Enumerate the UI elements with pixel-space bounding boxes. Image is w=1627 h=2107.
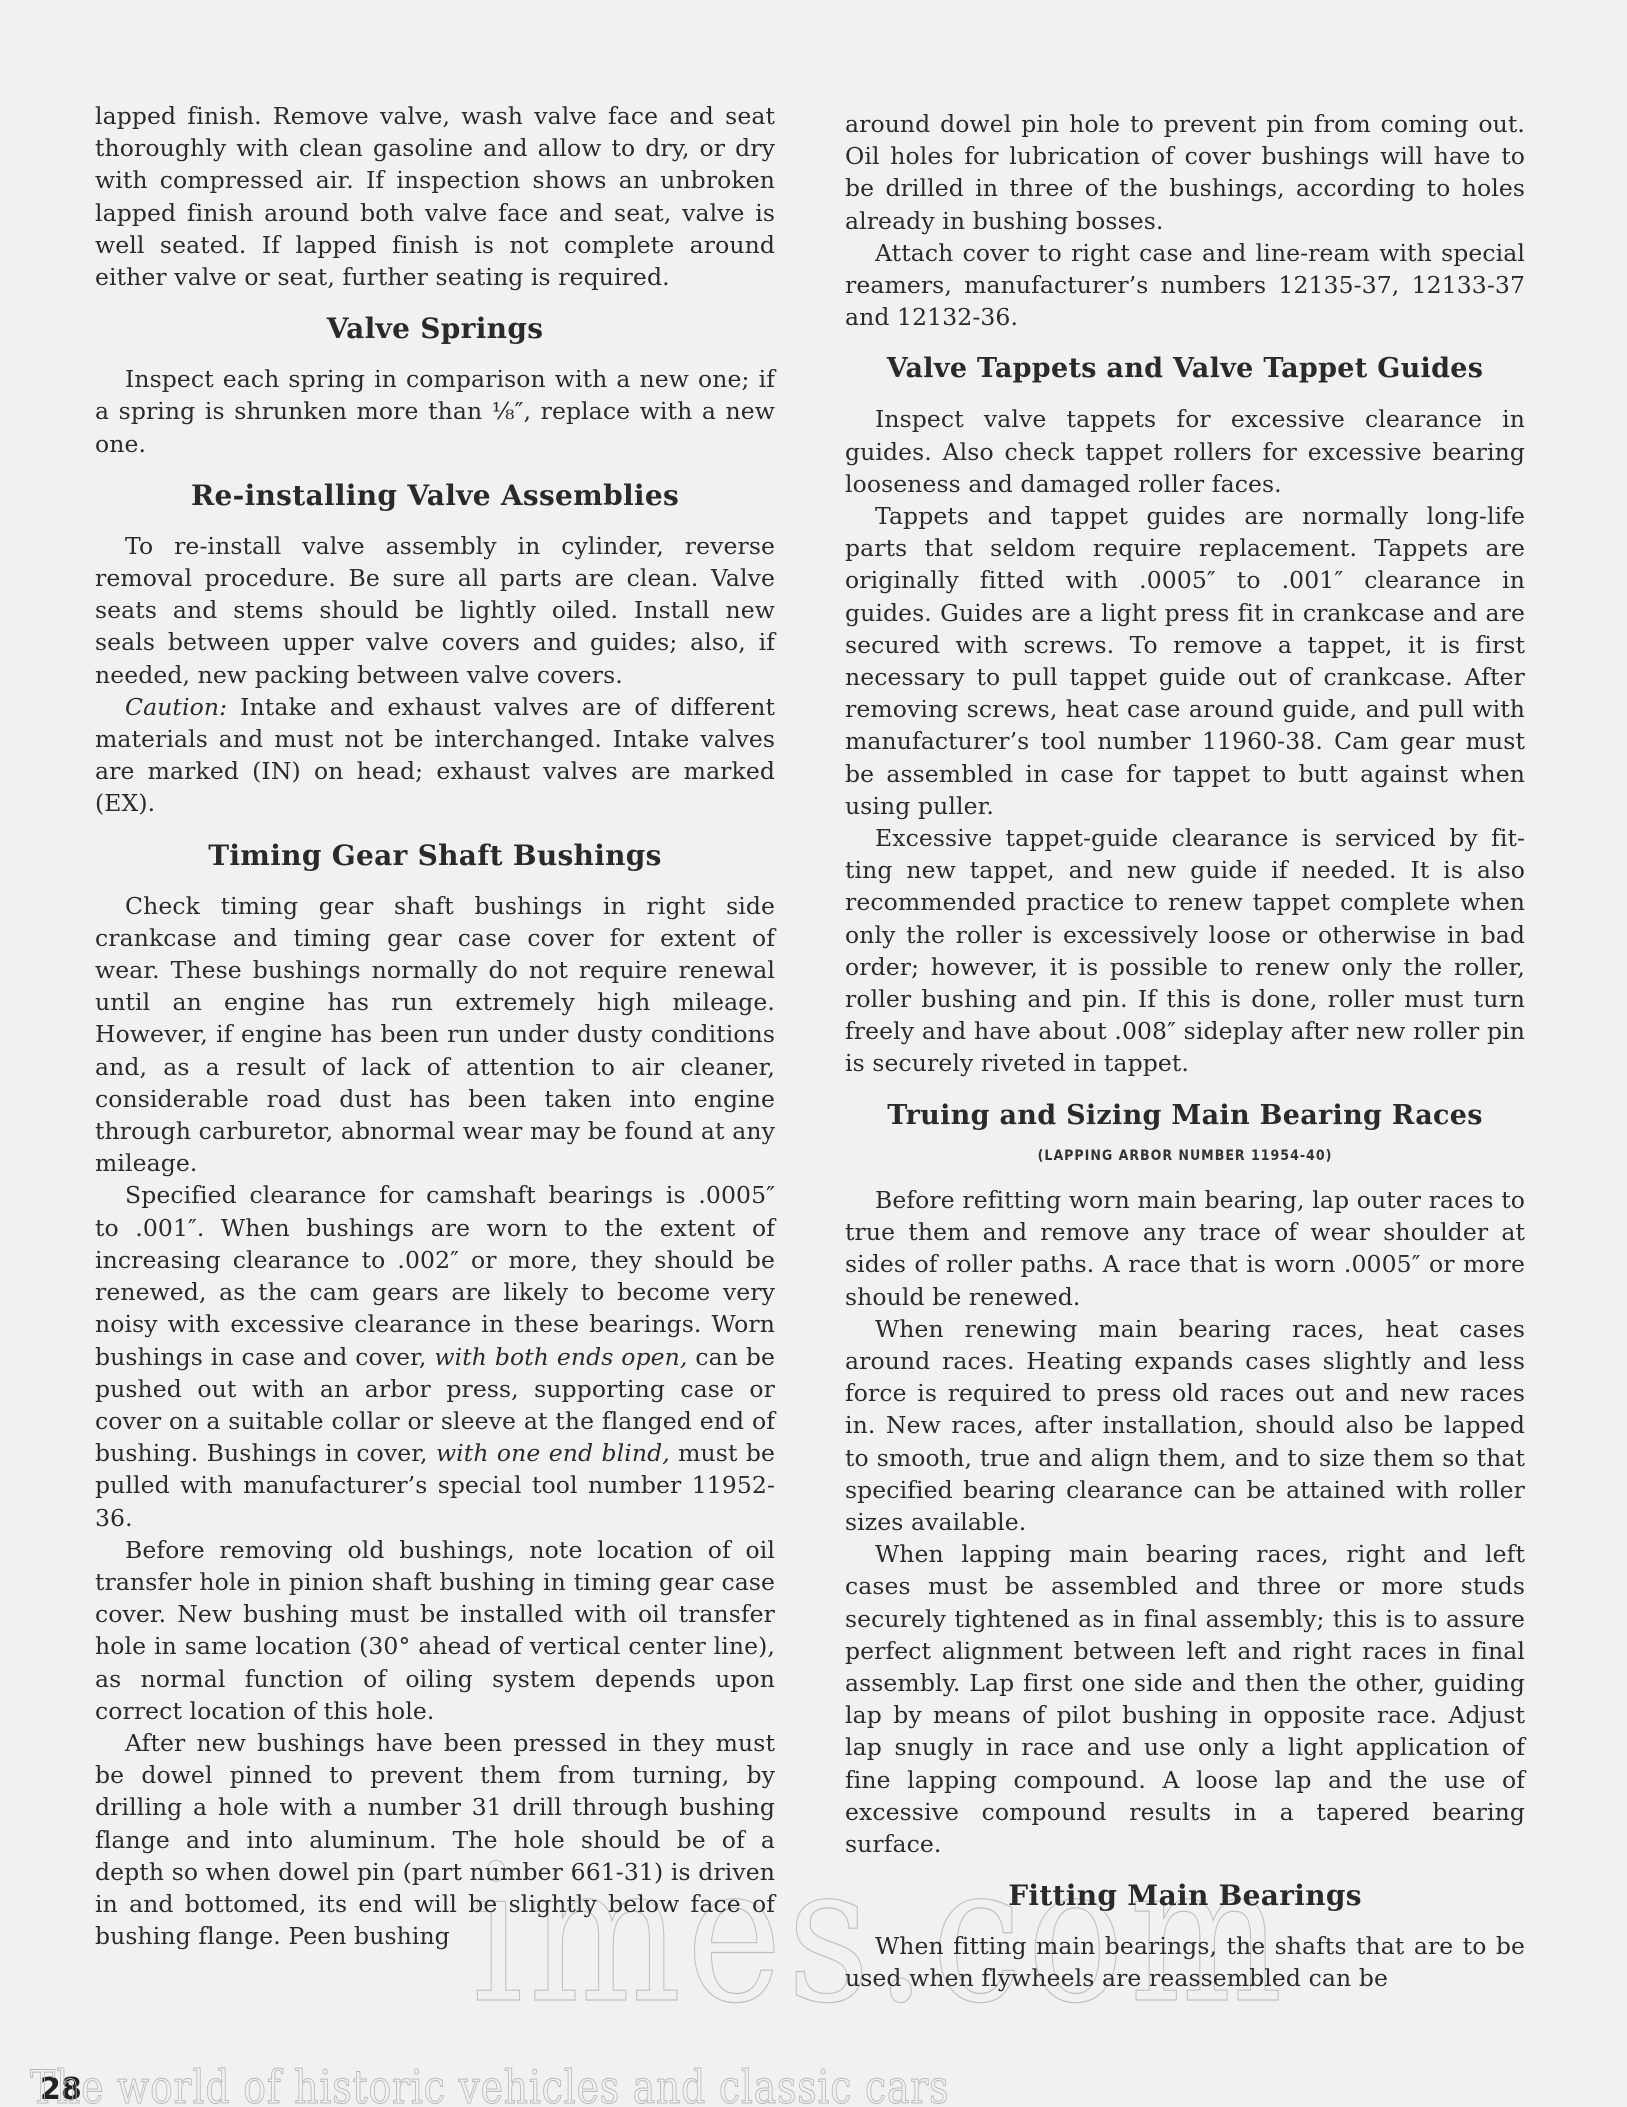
section-subheading: (LAPPING ARBOR NUMBER 11954-40)	[845, 1140, 1525, 1172]
paragraph: Inspect each spring in comparison with a…	[95, 363, 775, 460]
paragraph: Excessive tappet-guide clearance is serv…	[845, 822, 1525, 1080]
watermark-tagline: The world of historic vehicles and class…	[30, 2060, 949, 2107]
paragraph: When fitting main bearings, the shafts t…	[845, 1930, 1525, 1994]
paragraph: Before refitting worn main bearing, lap …	[845, 1184, 1525, 1313]
caution-label: Caution:	[125, 693, 227, 721]
section-heading-timing-gear-shaft-bushings: Timing Gear Shaft Bushings	[95, 838, 775, 874]
section-heading-truing-sizing-races: Truing and Sizing Main Bearing Races	[845, 1098, 1525, 1134]
right-column: around dowel pin hole to prevent pin fro…	[845, 108, 1525, 1995]
paragraph: Attach cover to right case and line-ream…	[845, 237, 1525, 334]
paragraph: After new bushings have been pressed in …	[95, 1727, 775, 1952]
emphasis-text: with one end blind,	[436, 1439, 670, 1467]
section-heading-valve-tappets: Valve Tappets and Valve Tappet Guides	[845, 351, 1525, 387]
emphasis-text: with both ends open,	[434, 1343, 687, 1371]
section-heading-valve-springs: Valve Springs	[95, 311, 775, 347]
paragraph: When lapping main bearing races, right a…	[845, 1538, 1525, 1860]
paragraph: When renewing main bearing races, heat c…	[845, 1313, 1525, 1538]
caution-paragraph: Caution: Intake and exhaust valves are o…	[95, 691, 775, 820]
paragraph: Check timing gear shaft bushings in righ…	[95, 890, 775, 1180]
paragraph: To re-install valve assembly in cylinder…	[95, 530, 775, 691]
paragraph: Tappets and tappet guides are normally l…	[845, 500, 1525, 822]
paragraph: Specified clearance for camshaft bearing…	[95, 1179, 775, 1533]
section-heading-fitting-main-bearings: Fitting Main Bearings	[845, 1878, 1525, 1914]
paragraph: Inspect valve tappets for excessive clea…	[845, 403, 1525, 500]
paragraph: lapped finish. Remove valve, wash valve …	[95, 100, 775, 293]
paragraph: Before removing old bushings, note locat…	[95, 1534, 775, 1727]
section-heading-reinstalling-valve-assemblies: Re-installing Valve Assemblies	[95, 478, 775, 514]
left-column: lapped finish. Remove valve, wash valve …	[95, 100, 775, 1952]
paragraph: around dowel pin hole to prevent pin fro…	[845, 108, 1525, 237]
page-number: 28	[40, 2072, 82, 2107]
